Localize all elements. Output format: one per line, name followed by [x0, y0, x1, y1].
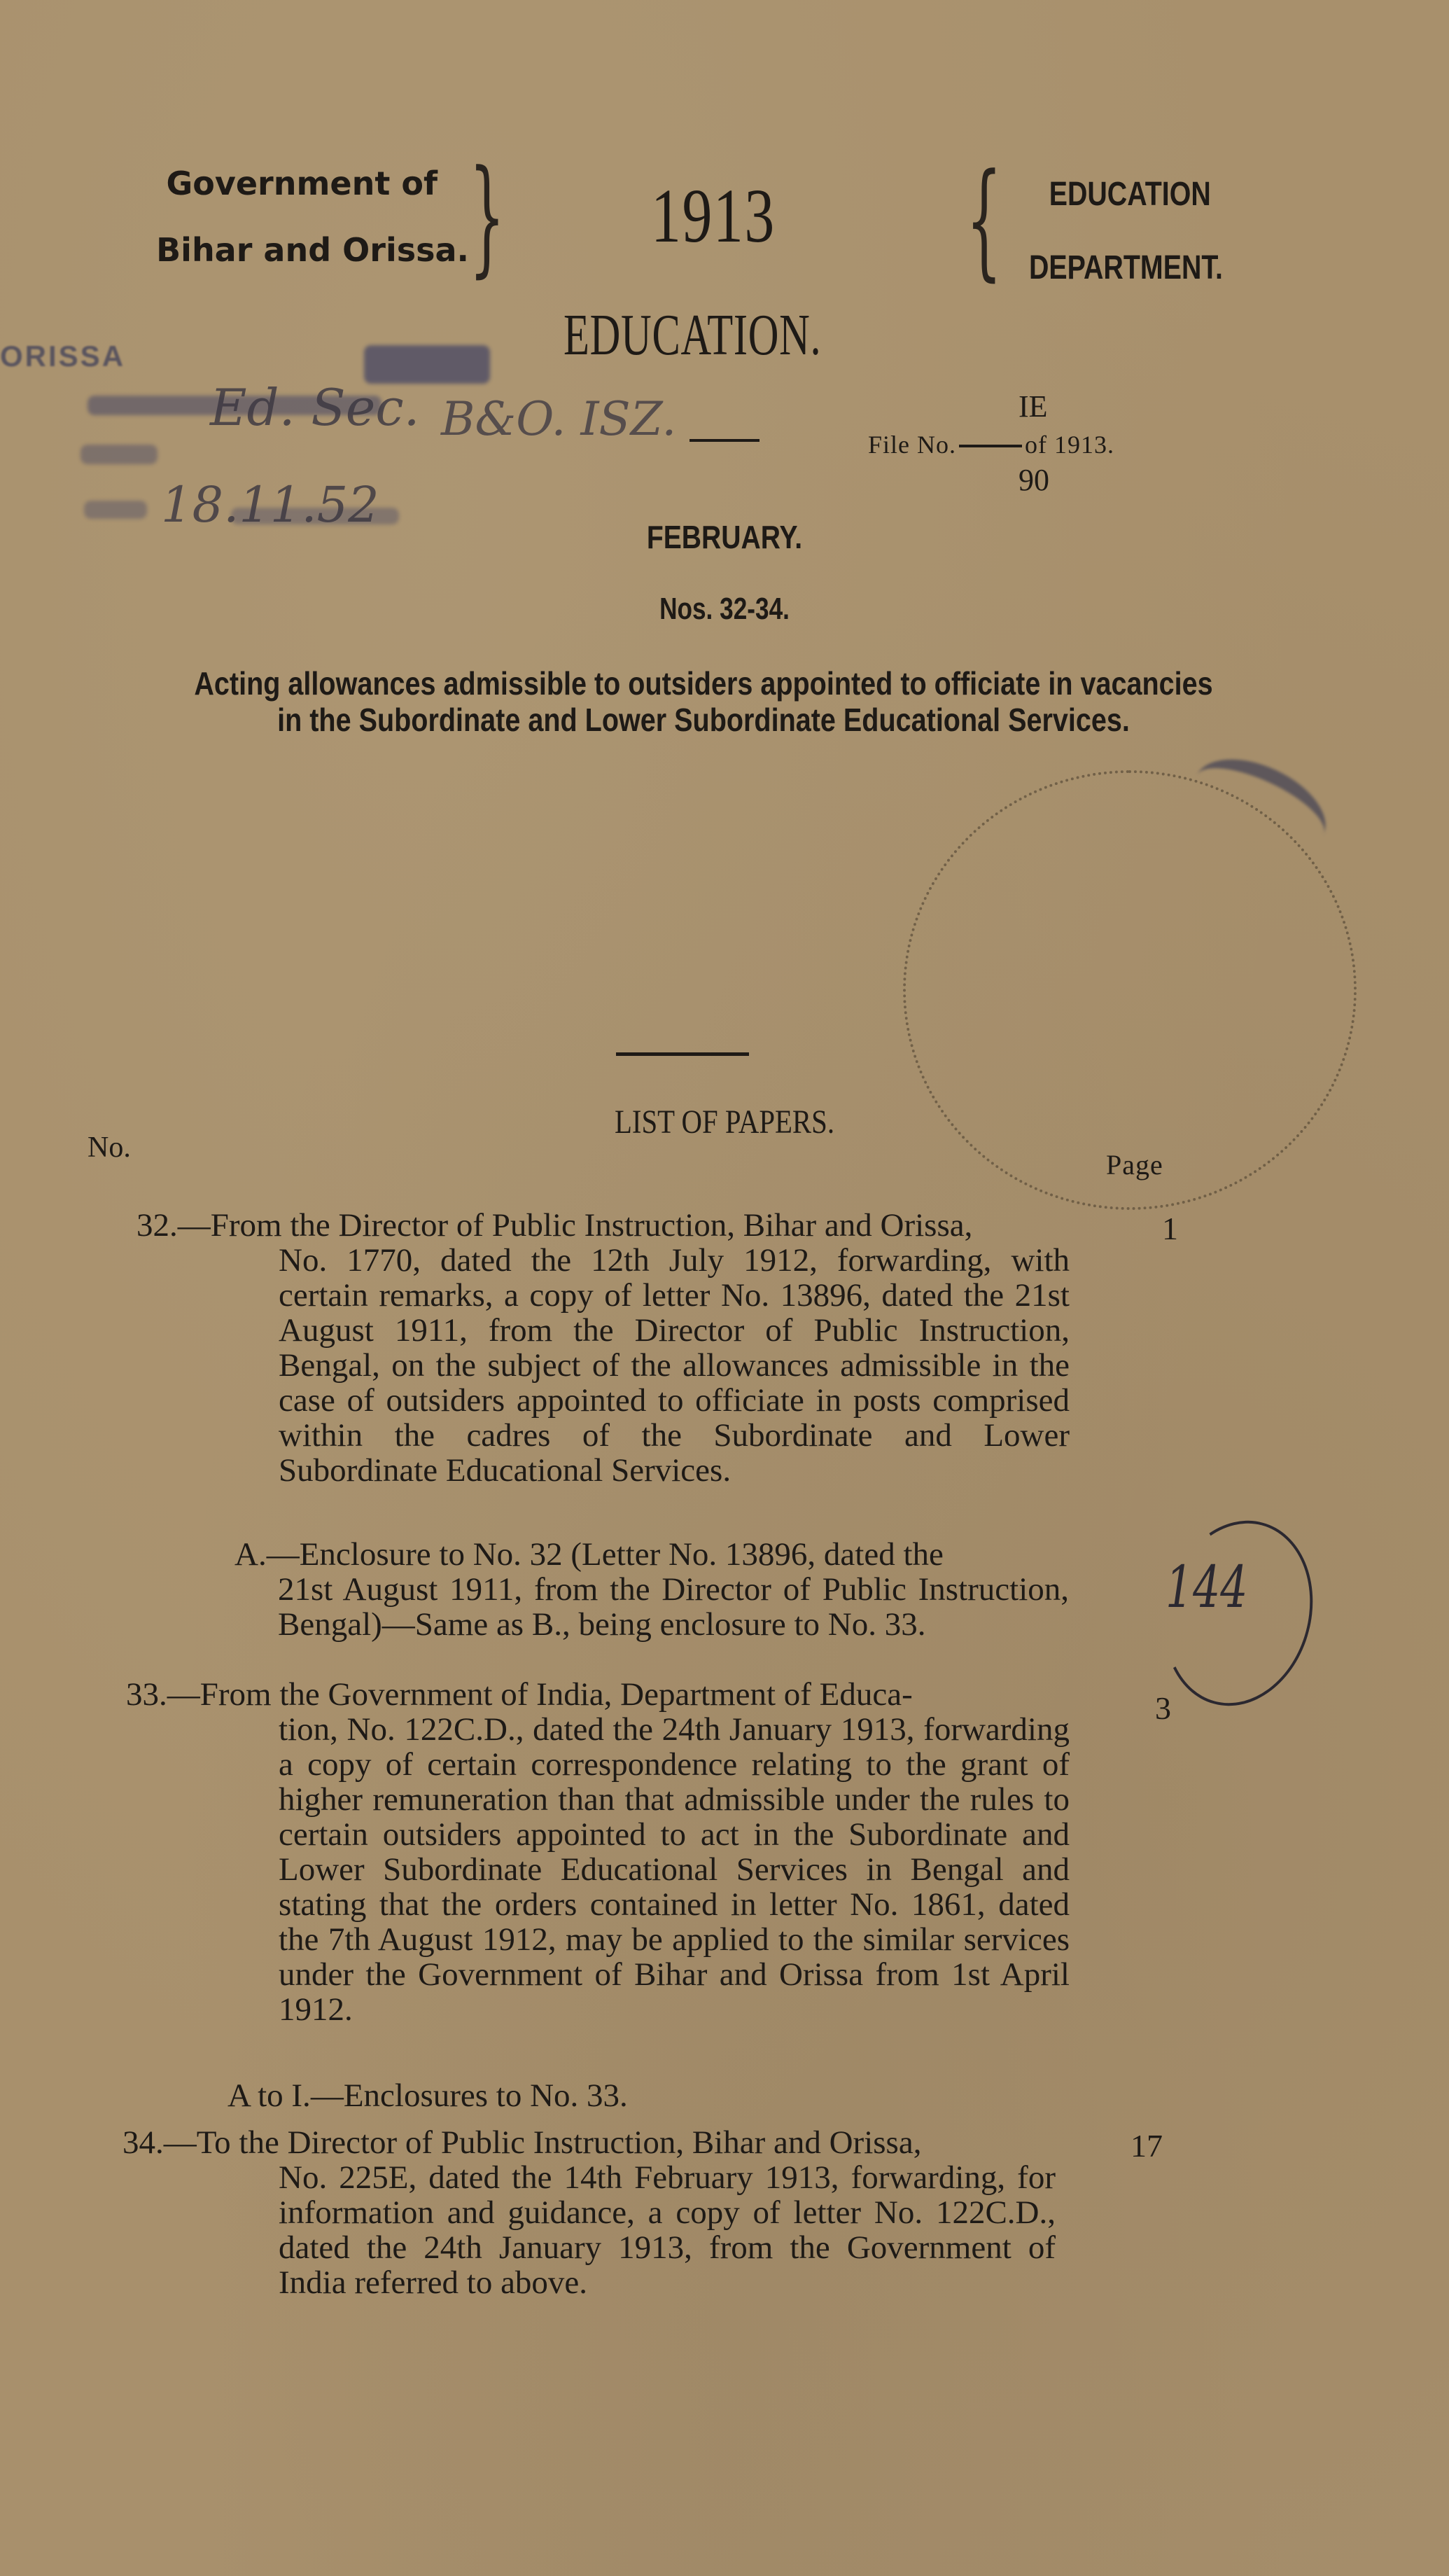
paper-entry-33-enclosures: A to I.—Enclosures to No. 33. — [227, 2078, 628, 2113]
stamp-blot — [84, 501, 147, 519]
department-line-1: EDUCATION — [1029, 158, 1223, 231]
paper-entry-34: 34.—To the Director of Public Instructio… — [122, 2125, 1056, 2300]
entry-number: 34. — [122, 2124, 164, 2161]
paper-entry-32-enclosure-a: A.—Enclosure to No. 32 (Letter No. 13896… — [234, 1537, 1074, 1642]
handwritten-circled-number: 144 — [1165, 1554, 1247, 1621]
file-number-denominator: 90 — [1018, 462, 1049, 498]
file-number-prefix: File No. — [868, 431, 956, 459]
entry-page: 3 — [1155, 1691, 1171, 1726]
entry-text-body: 21st August 1911, from the Director of P… — [278, 1572, 1069, 1642]
paper-entry-33: 33.—From the Government of India, Depart… — [126, 1677, 1070, 2027]
entry-text-body: No. 225E, dated the 14th February 1913, … — [279, 2160, 1056, 2300]
brace-right: { — [966, 154, 1002, 287]
brace-left: } — [469, 151, 505, 284]
nos-heading: Nos. 32-34. — [145, 592, 1304, 627]
stamp-blot — [80, 445, 157, 464]
entry-text-body: tion, No. 122C.D., dated the 24th Januar… — [279, 1712, 1070, 2027]
document-title: EDUCATION. — [563, 301, 821, 369]
government-line-2: Bihar and Orissa. — [105, 217, 469, 284]
department-heading: EDUCATION DEPARTMENT. — [1029, 158, 1223, 305]
entry-text-first: —From the Director of Public Instruction… — [178, 1207, 973, 1244]
list-of-papers-title: LIST OF PAPERS. — [108, 1103, 1340, 1141]
handwritten-note: B&O. ISZ. — [441, 392, 676, 446]
file-number: File No.of 1913. — [868, 427, 1114, 461]
column-header-page: Page — [1106, 1148, 1163, 1181]
divider-rule — [616, 1052, 749, 1056]
entry-page: 1 — [1162, 1211, 1178, 1246]
entry-text-first: —To the Director of Public Instruction, … — [164, 2124, 922, 2161]
entry-text-body: No. 1770, dated the 12th July 1912, forw… — [279, 1243, 1070, 1488]
handwritten-underline — [689, 439, 759, 442]
month-heading: FEBRUARY. — [108, 518, 1340, 556]
entry-page: 17 — [1130, 2129, 1163, 2164]
entry-number: 33. — [126, 1676, 167, 1713]
stamp-text: ORISSA — [0, 340, 125, 373]
paper-entry-32: 32.—From the Director of Public Instruct… — [136, 1208, 1070, 1488]
department-line-2: DEPARTMENT. — [1029, 231, 1223, 305]
fraction-bar — [959, 445, 1022, 447]
handwritten-reference: Ed. Sec. — [210, 378, 420, 437]
entry-number: A to I. — [227, 2077, 311, 2114]
government-heading: Government of Bihar and Orissa. — [105, 151, 469, 284]
file-number-numerator: IE — [1018, 389, 1048, 424]
subject-heading: Acting allowances admissible to outsider… — [192, 665, 1215, 738]
entry-text-first: —Enclosure to No. 32 (Letter No. 13896, … — [267, 1536, 944, 1573]
entry-text-first: —Enclosures to No. 33. — [311, 2077, 628, 2114]
year-heading: 1913 — [651, 172, 776, 260]
entry-number: 32. — [136, 1207, 178, 1244]
entry-number: A. — [234, 1536, 267, 1573]
column-header-no: No. — [87, 1131, 131, 1164]
entry-text-first: —From the Government of India, Departmen… — [167, 1676, 913, 1713]
government-line-1: Government of — [105, 151, 469, 217]
file-number-suffix: of 1913. — [1025, 431, 1114, 459]
